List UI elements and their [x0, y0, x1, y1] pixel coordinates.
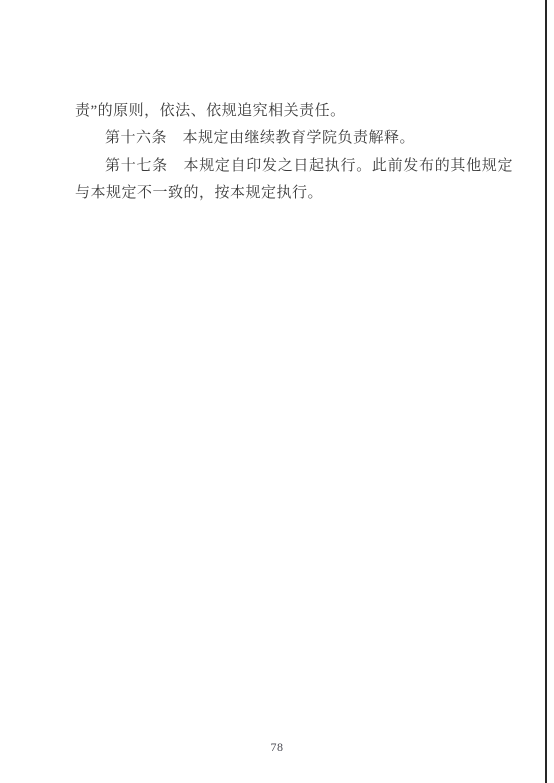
scan-edge-line: [545, 0, 547, 783]
page-number: 78: [0, 740, 554, 755]
paragraph-article-17: 第十七条 本规定自印发之日起执行。此前发布的其他规定与本规定不一致的，按本规定执…: [75, 153, 513, 208]
paragraph-continuation: 责”的原则，依法、依规追究相关责任。: [75, 98, 513, 125]
document-body: 责”的原则，依法、依规追究相关责任。 第十六条 本规定由继续教育学院负责解释。 …: [75, 98, 513, 208]
paragraph-article-16: 第十六条 本规定由继续教育学院负责解释。: [75, 125, 513, 152]
document-page: 责”的原则，依法、依规追究相关责任。 第十六条 本规定由继续教育学院负责解释。 …: [0, 0, 554, 783]
